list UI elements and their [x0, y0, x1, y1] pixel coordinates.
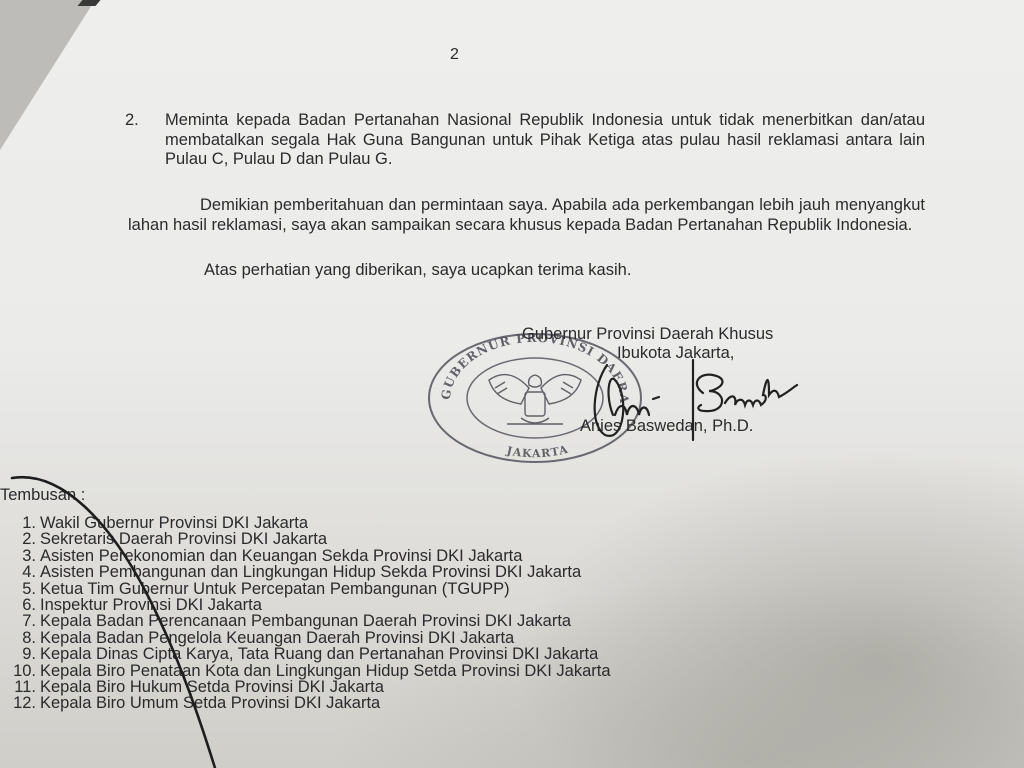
cc-item: 9.Kepala Dinas Cipta Karya, Tata Ruang d… — [0, 646, 611, 662]
item-text: Meminta kepada Badan Pertanahan Nasional… — [165, 111, 925, 170]
item-number: 2. — [125, 111, 139, 131]
cc-item: 5.Ketua Tim Gubernur Untuk Percepatan Pe… — [0, 581, 611, 597]
svg-text:JAKARTA: JAKARTA — [504, 443, 570, 461]
cc-item: 8.Kepala Badan Pengelola Keuangan Daerah… — [0, 630, 611, 646]
cc-item: 10.Kepala Biro Penataan Kota dan Lingkun… — [0, 663, 611, 679]
cc-item: 1.Wakil Gubernur Provinsi DKI Jakarta — [0, 515, 611, 531]
cc-item: 12.Kepala Biro Umum Setda Provinsi DKI J… — [0, 695, 611, 711]
page-number: 2 — [450, 46, 459, 64]
page-edge-shadow — [77, 0, 100, 6]
cc-item: 4.Asisten Pembangunan dan Lingkungan Hid… — [0, 564, 611, 580]
cc-item: 6.Inspektur Provinsi DKI Jakarta — [0, 597, 611, 613]
closing-paragraph: Demikian pemberitahuan dan permintaan sa… — [128, 196, 925, 235]
signatory-title-line-1: Gubernur Provinsi Daerah Khusus — [522, 325, 773, 344]
cc-item: 3.Asisten Perekonomian dan Keuangan Sekd… — [0, 548, 611, 564]
thanks-line: Atas perhatian yang diberikan, saya ucap… — [204, 261, 631, 280]
cc-item: 11.Kepala Biro Hukum Setda Provinsi DKI … — [0, 679, 611, 695]
garuda-emblem-icon — [489, 375, 581, 424]
stamp-bottom-text: JAKARTA — [504, 443, 570, 461]
signatory-name: Anies Baswedan, Ph.D. — [580, 417, 753, 436]
cc-list: 1.Wakil Gubernur Provinsi DKI Jakarta 2.… — [0, 515, 611, 712]
folded-page-corner — [0, 0, 95, 150]
numbered-item-2: 2. Meminta kepada Badan Pertanahan Nasio… — [125, 111, 925, 170]
cc-label: Tembusan : — [0, 486, 85, 505]
cc-item: 7.Kepala Badan Perencanaan Pembangunan D… — [0, 613, 611, 629]
document-page: 2 2. Meminta kepada Badan Pertanahan Nas… — [0, 0, 1024, 768]
cc-item: 2.Sekretaris Daerah Provinsi DKI Jakarta — [0, 531, 611, 547]
